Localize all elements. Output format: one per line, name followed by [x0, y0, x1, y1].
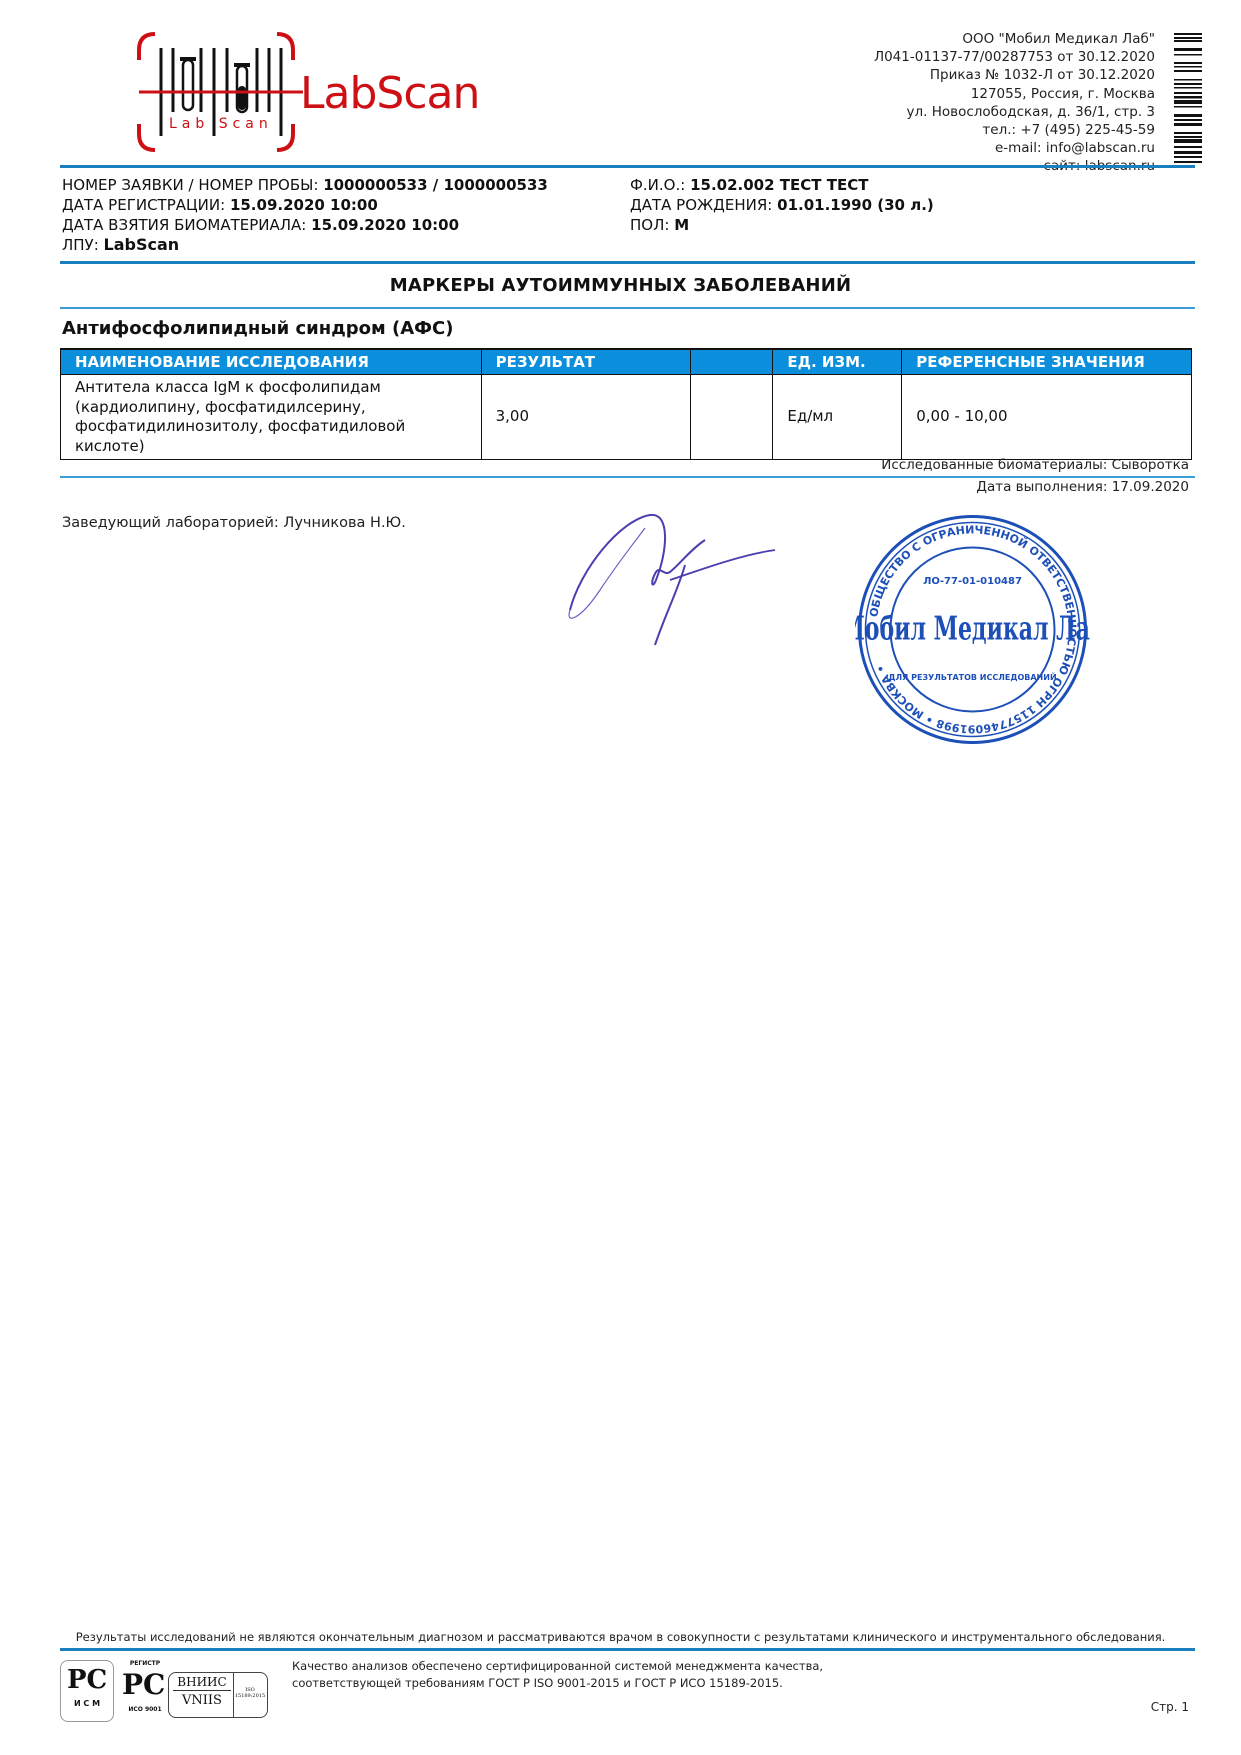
rst-certification-logo: РС И С М: [60, 1660, 114, 1722]
org-line: 127055, Россия, г. Москва: [874, 85, 1155, 103]
org-line: ул. Новослободская, д. 36/1, стр. 3: [874, 103, 1155, 121]
footer-divider: [60, 1648, 1195, 1651]
birth-date-value: 01.01.1990 (30 л.): [777, 196, 934, 214]
table-row: Антитела класса IgM к фосфолипидам (кард…: [61, 375, 1192, 460]
logo-small-text: Lab Scan: [169, 116, 273, 132]
biomaterial-note: Исследованные биоматериалы: Сыворотка: [881, 457, 1189, 473]
registration-date-row: ДАТА РЕГИСТРАЦИИ: 15.09.2020 10:00: [62, 195, 548, 215]
svg-text:ДЛЯ РЕЗУЛЬТАТОВ ИССЛЕДОВАНИЙ: ДЛЯ РЕЗУЛЬТАТОВ ИССЛЕДОВАНИЙ: [888, 671, 1056, 682]
org-line: тел.: +7 (495) 225-45-59: [874, 121, 1155, 139]
patient-name-row: Ф.И.О.: 15.02.002 ТЕСТ ТЕСТ: [630, 175, 934, 195]
rst-icon: РС: [122, 1668, 165, 1701]
completion-date: Дата выполнения: 17.09.2020: [976, 479, 1189, 495]
org-line: ООО "Мобил Медикал Лаб": [874, 30, 1155, 48]
svg-text:«Мобил Медикал Лаб»: «Мобил Медикал Лаб»: [855, 609, 1090, 648]
test-flag: [691, 375, 773, 460]
birth-date-row: ДАТА РОЖДЕНИЯ: 01.01.1990 (30 л.): [630, 195, 934, 215]
column-header-unit: ЕД. ИЗМ.: [773, 349, 902, 375]
test-reference: 0,00 - 10,00: [902, 375, 1192, 460]
sample-date-value: 15.09.2020 10:00: [311, 216, 459, 234]
order-number-value: 1000000533 / 1000000533: [323, 176, 548, 194]
title-divider: [60, 307, 1195, 309]
rst-icon: РС: [67, 1665, 107, 1695]
organization-info: ООО "Мобил Медикал Лаб" Л041-01137-77/00…: [874, 30, 1155, 176]
patient-divider: [60, 261, 1195, 264]
sex-row: ПОЛ: М: [630, 215, 934, 235]
patient-info-right: Ф.И.О.: 15.02.002 ТЕСТ ТЕСТ ДАТА РОЖДЕНИ…: [630, 175, 934, 235]
signature-icon: [560, 510, 790, 650]
order-number-row: НОМЕР ЗАЯВКИ / НОМЕР ПРОБЫ: 1000000533 /…: [62, 175, 548, 195]
stamp-icon: ОБЩЕСТВО С ОГРАНИЧЕННОЙ ОТВЕТСТВЕННОСТЬЮ…: [855, 512, 1090, 747]
vniis-logo: ВНИИС VNIIS ISO 15189:2015: [168, 1672, 268, 1718]
registration-date-value: 15.09.2020 10:00: [230, 196, 378, 214]
org-line: Приказ № 1032-Л от 30.12.2020: [874, 66, 1155, 84]
test-result: 3,00: [481, 375, 691, 460]
test-unit: Ед/мл: [773, 375, 902, 460]
column-header-reference: РЕФЕРЕНСНЫЕ ЗНАЧЕНИЯ: [902, 349, 1192, 375]
biomaterial-divider: [60, 476, 1195, 478]
report-title: МАРКЕРЫ АУТОИММУННЫХ ЗАБОЛЕВАНИЙ: [0, 275, 1241, 296]
patient-name-value: 15.02.002 ТЕСТ ТЕСТ: [690, 176, 868, 194]
sample-date-row: ДАТА ВЗЯТИЯ БИОМАТЕРИАЛА: 15.09.2020 10:…: [62, 215, 548, 235]
org-line: Л041-01137-77/00287753 от 30.12.2020: [874, 48, 1155, 66]
results-table: НАИМЕНОВАНИЕ ИССЛЕДОВАНИЯ РЕЗУЛЬТАТ ЕД. …: [60, 348, 1192, 460]
quality-statement: Качество анализов обеспечено сертифициро…: [292, 1658, 823, 1692]
patient-info-left: НОМЕР ЗАЯВКИ / НОМЕР ПРОБЫ: 1000000533 /…: [62, 175, 548, 255]
page-number: Стр. 1: [1151, 1700, 1189, 1714]
header-divider: [60, 165, 1195, 168]
barcode-icon: [1174, 33, 1202, 165]
column-header-result: РЕЗУЛЬТАТ: [481, 349, 691, 375]
section-title: Антифосфолипидный синдром (АФС): [62, 318, 453, 339]
rst-register-logo: РЕГИСТР РС ИСО 9001: [116, 1660, 174, 1722]
org-line: e-mail: info@labscan.ru: [874, 139, 1155, 157]
lpu-row: ЛПУ: LabScan: [62, 235, 548, 255]
column-header-name: НАИМЕНОВАНИЕ ИССЛЕДОВАНИЯ: [61, 349, 482, 375]
table-header-row: НАИМЕНОВАНИЕ ИССЛЕДОВАНИЯ РЕЗУЛЬТАТ ЕД. …: [61, 349, 1192, 375]
head-of-lab: Заведующий лабораторией: Лучникова Н.Ю.: [62, 515, 406, 531]
sex-value: М: [674, 216, 689, 234]
lpu-value: LabScan: [104, 235, 180, 254]
svg-text:ЛО-77-01-010487: ЛО-77-01-010487: [923, 576, 1022, 587]
test-name: Антитела класса IgM к фосфолипидам (кард…: [61, 375, 482, 460]
footer-disclaimer: Результаты исследований не являются окон…: [0, 1630, 1241, 1644]
logo-brand-text: LabScan: [300, 68, 479, 119]
labscan-logo: Lab Scan LabScan: [135, 30, 500, 155]
column-header-flag: [691, 349, 773, 375]
barcode-tube-icon: [135, 30, 305, 155]
